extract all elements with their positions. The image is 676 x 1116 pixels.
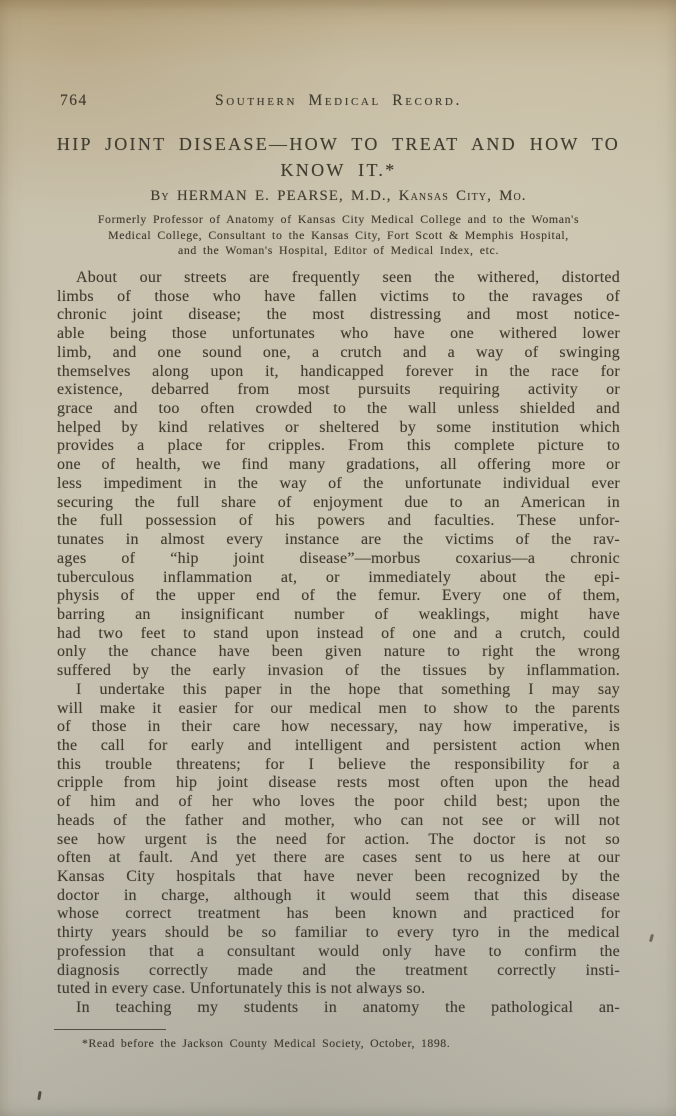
text-line: whose correct treatment has been known a… xyxy=(57,905,620,924)
affiliation-line: Formerly Professor of Anatomy of Kansas … xyxy=(40,212,637,228)
text-line: the call for early and intelligent and p… xyxy=(57,737,620,756)
text-line: I undertake this paper in the hope that … xyxy=(57,681,620,700)
journal-title: Southern Medical Record. xyxy=(57,92,620,110)
text-line: of those in their care how necessary, na… xyxy=(57,718,620,737)
text-line: able being those unfortunates who have o… xyxy=(57,325,620,344)
text-line: see how urgent is the need for action. T… xyxy=(57,831,620,850)
ink-mark xyxy=(37,1091,42,1100)
text-line: of him and of her who loves the poor chi… xyxy=(57,793,620,812)
article-title-line-1: HIP JOINT DISEASE—HOW TO TREAT AND HOW T… xyxy=(47,132,630,158)
text-line: this trouble threatens; for I believe th… xyxy=(57,756,620,775)
article-body: About our streets are frequently seen th… xyxy=(57,269,620,1018)
text-line: securing the full share of enjoyment due… xyxy=(57,494,620,513)
journal-page: 764 Southern Medical Record. HIP JOINT D… xyxy=(0,0,676,1116)
text-line: helped by kind relatives or sheltered by… xyxy=(57,419,620,438)
ink-mark xyxy=(649,934,654,943)
text-line: tuberculous inflammation at, or immediat… xyxy=(57,569,620,588)
text-line: ages of “hip joint disease”—morbus coxar… xyxy=(57,550,620,569)
affiliation-line: and the Woman's Hospital, Editor of Medi… xyxy=(40,243,637,259)
text-line: provides a place for cripples. From this… xyxy=(57,437,620,456)
text-line: will make it easier for our medical men … xyxy=(57,700,620,719)
text-line: less impediment in the way of the unfort… xyxy=(57,475,620,494)
text-line: tunates in almost every instance are the… xyxy=(57,531,620,550)
article-title: HIP JOINT DISEASE—HOW TO TREAT AND HOW T… xyxy=(47,132,630,183)
text-line: chronic joint disease; the most distress… xyxy=(57,306,620,325)
text-line: grace and too often crowded to the wall … xyxy=(57,400,620,419)
article-title-line-2: KNOW IT.* xyxy=(47,158,630,184)
text-line: cripple from hip joint disease rests mos… xyxy=(57,774,620,793)
footnote-divider xyxy=(54,1029,166,1030)
text-line: diagnosis correctly made and the treatme… xyxy=(57,962,620,981)
text-line: physis of the upper end of the femur. Ev… xyxy=(57,587,620,606)
text-line: tuted in every case. Unfortunately this … xyxy=(57,980,620,999)
byline: By HERMAN E. PEARSE, M.D., Kansas City, … xyxy=(57,188,620,205)
paragraph: I undertake this paper in the hope that … xyxy=(57,681,620,999)
affiliation-line: Medical College, Consultant to the Kansa… xyxy=(40,228,637,244)
text-line: limb, and one sound one, a crutch and a … xyxy=(57,344,620,363)
text-line: Kansas City hospitals that have never be… xyxy=(57,868,620,887)
text-line: the full possession of his powers and fa… xyxy=(57,512,620,531)
text-line: heads of the father and mother, who can … xyxy=(57,812,620,831)
text-line: limbs of those who have fallen victims t… xyxy=(57,288,620,307)
text-line: doctor in charge, although it would seem… xyxy=(57,887,620,906)
paragraph: In teaching my students in anatomy the p… xyxy=(57,999,620,1018)
text-line: existence, debarred from most pursuits r… xyxy=(57,381,620,400)
text-line: thirty years should be so familiar to ev… xyxy=(57,924,620,943)
text-line: one of health, we find many gradations, … xyxy=(57,456,620,475)
affiliation: Formerly Professor of Anatomy of Kansas … xyxy=(40,212,637,259)
footnote: *Read before the Jackson County Medical … xyxy=(57,1036,620,1051)
text-line: themselves along upon it, handicapped fo… xyxy=(57,363,620,382)
paragraph: About our streets are frequently seen th… xyxy=(57,269,620,681)
text-line: suffered by the early invasion of the ti… xyxy=(57,662,620,681)
text-line: only the chance have been given nature t… xyxy=(57,643,620,662)
text-line: In teaching my students in anatomy the p… xyxy=(57,999,620,1018)
text-line: barring an insignificant number of weakl… xyxy=(57,606,620,625)
text-line: About our streets are frequently seen th… xyxy=(57,269,620,288)
text-line: often at fault. And yet there are cases … xyxy=(57,849,620,868)
text-line: had two feet to stand upon instead of on… xyxy=(57,625,620,644)
text-line: profession that a consultant would only … xyxy=(57,943,620,962)
running-header: 764 Southern Medical Record. xyxy=(57,92,620,112)
